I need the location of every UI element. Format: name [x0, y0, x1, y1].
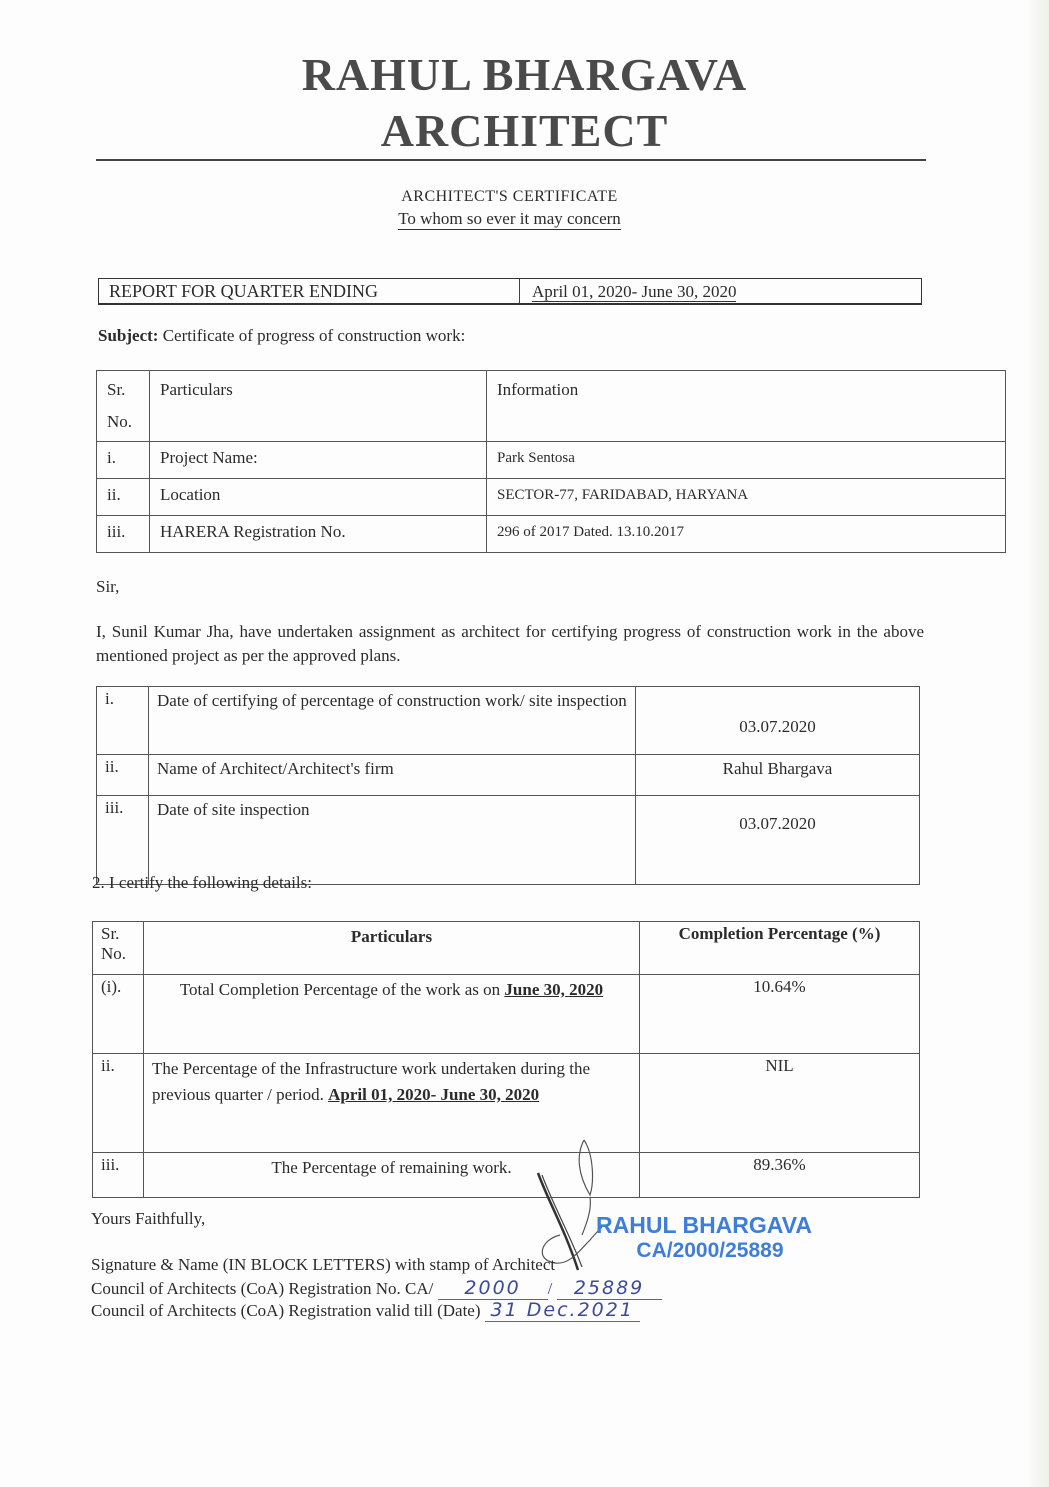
quarter-value-text: April 01, 2020- June 30, 2020 [532, 282, 736, 302]
row-sr: (i). [93, 975, 144, 1054]
firm-name: RAHUL BHARGAVA [0, 52, 1049, 98]
coa-registration-part1: 2000 [438, 1277, 548, 1300]
row-value: NIL [640, 1054, 920, 1153]
header-sr-line2: No. [101, 944, 126, 963]
header-sr: Sr.No. [97, 371, 150, 442]
row-particular: HARERA Registration No. [150, 516, 487, 553]
scan-edge [1029, 0, 1049, 1487]
row-sr: ii. [97, 755, 149, 796]
row-info: SECTOR-77, FARIDABAD, HARYANA [487, 479, 1006, 516]
header-sr: Sr.No. [93, 922, 144, 975]
table-row: ii. Name of Architect/Architect's firm R… [97, 755, 920, 796]
row-particular-date: June 30, 2020 [504, 980, 603, 999]
row-particular: Name of Architect/Architect's firm [149, 755, 636, 796]
coa-registration-label: Council of Architects (CoA) Registration… [91, 1279, 433, 1298]
coa-validity-label: Council of Architects (CoA) Registration… [91, 1301, 481, 1320]
closing-line: Yours Faithfully, [91, 1209, 205, 1229]
architect-stamp: RAHUL BHARGAVA CA/2000/25889 [596, 1213, 812, 1263]
row-info: Park Sentosa [487, 442, 1006, 479]
quarter-box: REPORT FOR QUARTER ENDING April 01, 2020… [98, 278, 922, 305]
intro-paragraph: I, Sunil Kumar Jha, have undertaken assi… [96, 620, 924, 668]
header-particulars: Particulars [150, 371, 487, 442]
coa-validity: Council of Architects (CoA) Registration… [91, 1299, 640, 1322]
row-sr: iii. [97, 516, 150, 553]
row-value: 89.36% [640, 1153, 920, 1198]
row-particular: Date of certifying of percentage of cons… [149, 687, 636, 755]
row-particular: Location [150, 479, 487, 516]
certificate-subtitle-text: To whom so ever it may concern [398, 209, 621, 230]
table-row: (i). Total Completion Percentage of the … [93, 975, 920, 1054]
row-sr: ii. [93, 1054, 144, 1153]
quarter-label: REPORT FOR QUARTER ENDING [99, 279, 520, 303]
completion-table: Sr.No. Particulars Completion Percentage… [92, 921, 920, 1198]
row-sr: iii. [97, 796, 149, 885]
certificate-subtitle: To whom so ever it may concern [0, 209, 1019, 229]
header-particulars: Particulars [144, 922, 640, 975]
row-value: Rahul Bhargava [636, 755, 920, 796]
table-row: iii. HARERA Registration No. 296 of 2017… [97, 516, 1006, 553]
table-row: iii. Date of site inspection 03.07.2020 [97, 796, 920, 885]
header-sr-line1: Sr. [101, 924, 119, 943]
row-particular-text: The Percentage of remaining work. [271, 1158, 511, 1177]
subject-text: Certificate of progress of construction … [158, 326, 465, 345]
stamp-name: RAHUL BHARGAVA [596, 1213, 812, 1238]
coa-registration-part2: 25889 [557, 1277, 662, 1300]
coa-validity-date: 31 Dec.2021 [485, 1299, 640, 1322]
row-info: 296 of 2017 Dated. 13.10.2017 [487, 516, 1006, 553]
inspection-table: i. Date of certifying of percentage of c… [96, 686, 920, 885]
row-particular-text: Total Completion Percentage of the work … [180, 980, 505, 999]
table-row: ii. Location SECTOR-77, FARIDABAD, HARYA… [97, 479, 1006, 516]
table-row: i. Project Name: Park Sentosa [97, 442, 1006, 479]
salutation: Sir, [96, 577, 119, 597]
project-table: Sr.No. Particulars Information i. Projec… [96, 370, 1006, 553]
firm-title: ARCHITECT [0, 108, 1049, 154]
row-particular-period: April 01, 2020- June 30, 2020 [328, 1085, 539, 1104]
table-row: ii. The Percentage of the Infrastructure… [93, 1054, 920, 1153]
header-sr-line2: No. [107, 412, 132, 431]
row-sr: iii. [93, 1153, 144, 1198]
table-row: i. Date of certifying of percentage of c… [97, 687, 920, 755]
certificate-title: ARCHITECT'S CERTIFICATE [0, 188, 1019, 206]
row-particular: Project Name: [150, 442, 487, 479]
coa-registration: Council of Architects (CoA) Registration… [91, 1277, 662, 1300]
row-value: 03.07.2020 [636, 796, 920, 885]
row-particular: Date of site inspection [149, 796, 636, 885]
quarter-value: April 01, 2020- June 30, 2020 [520, 279, 736, 303]
row-sr: ii. [97, 479, 150, 516]
subject-label: Subject: [98, 326, 158, 345]
header-sr-line1: Sr. [107, 380, 125, 399]
stamp-registration: CA/2000/25889 [596, 1238, 812, 1263]
subject-line: Subject: Certificate of progress of cons… [98, 326, 465, 346]
table-header-row: Sr.No. Particulars Completion Percentage… [93, 922, 920, 975]
header-completion: Completion Percentage (%) [640, 922, 920, 975]
row-value: 03.07.2020 [636, 687, 920, 755]
row-value: 10.64% [640, 975, 920, 1054]
row-particular: Total Completion Percentage of the work … [144, 975, 640, 1054]
certify-line: 2. I certify the following details: [92, 873, 312, 893]
header-information: Information [487, 371, 1006, 442]
table-row: iii. The Percentage of remaining work. 8… [93, 1153, 920, 1198]
signature-caption: Signature & Name (IN BLOCK LETTERS) with… [91, 1255, 555, 1275]
header-divider [96, 159, 926, 161]
table-header-row: Sr.No. Particulars Information [97, 371, 1006, 442]
row-sr: i. [97, 442, 150, 479]
coa-registration-separator: / [548, 1279, 553, 1298]
row-sr: i. [97, 687, 149, 755]
